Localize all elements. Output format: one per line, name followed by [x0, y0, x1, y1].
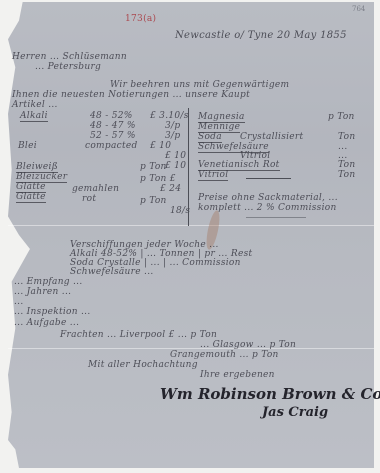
separator-line [246, 178, 291, 179]
right-note-1: Preise ohne Sackmaterial, ... [198, 193, 338, 203]
place-date: Newcastle o/ Tyne 20 May 1855 [175, 30, 347, 41]
closing-line: Ihre ergebenen [200, 370, 275, 380]
item-label: Glätte [16, 192, 46, 203]
item-price: £ 10 [165, 161, 186, 171]
body-intro-2: Ihnen die neuesten Notierungen ... unser… [12, 90, 250, 100]
item-price: £ 3.10/s [150, 111, 189, 121]
item-value: compacted [85, 141, 138, 151]
item-price: £ 10 [150, 141, 171, 151]
paragraph-line: ... Aufgabe ... [14, 318, 79, 328]
item-value: rot [82, 194, 96, 204]
paragraph-line: Schwefelsäure ... [70, 267, 154, 277]
item-price: 3/p [165, 121, 180, 131]
item-value: 48 - 52% [90, 111, 133, 121]
body-intro-1: Wir beehren uns mit Gegenwärtigem [110, 80, 289, 90]
item-label: Vitriol [198, 170, 228, 181]
item-label: Alkali [20, 111, 48, 122]
item-value: 52 - 57 % [90, 131, 136, 141]
paragraph-line: ... Empfang ... [14, 277, 83, 287]
item-price: p Ton £ [140, 174, 176, 184]
column-divider [188, 108, 189, 226]
salutation-line-2: ... Petersburg [35, 62, 101, 72]
paragraph-line: ... Inspektion ... [14, 307, 91, 317]
paragraph-line: ... [14, 297, 23, 307]
item-value: gemahlen [72, 184, 119, 194]
catalog-mark: 173(a) [125, 14, 156, 24]
item-price: 3/p [165, 131, 180, 141]
item-price: Ton [338, 132, 355, 142]
archive-number: 764 [352, 5, 365, 13]
item-price: Ton [338, 160, 355, 170]
item-label: Blei [18, 141, 37, 151]
item-note: Crystallisiert [240, 132, 303, 142]
item-price: £ 10 [165, 151, 186, 161]
paragraph-line: Frachten ... Liverpool £ ... p Ton [60, 330, 217, 340]
paragraph-line: ... Glasgow ... p Ton [200, 340, 296, 350]
paragraph-line: Grangemouth ... p Ton [170, 350, 279, 360]
item-value: 48 - 47 % [90, 121, 136, 131]
salutation-line-1: Herren ... Schlüsemann [12, 52, 127, 62]
separator-line [246, 217, 306, 218]
paragraph-line: ... Jahren ... [14, 287, 71, 297]
signature-firm: Wm Robinson Brown & Co [160, 385, 380, 403]
item-price: Ton [338, 170, 355, 180]
item-price: p Ton [328, 112, 355, 122]
body-intro-3: Artikel ... [12, 100, 58, 110]
item-price: £ 24 [160, 184, 181, 194]
fold-line [8, 225, 374, 226]
item-price: p Ton [140, 196, 167, 206]
item-price: p Ton [140, 162, 167, 172]
signature-person: Jas Craig [262, 405, 328, 420]
closing-line: Mit aller Hochachtung [88, 360, 198, 370]
fold-line [8, 348, 374, 349]
